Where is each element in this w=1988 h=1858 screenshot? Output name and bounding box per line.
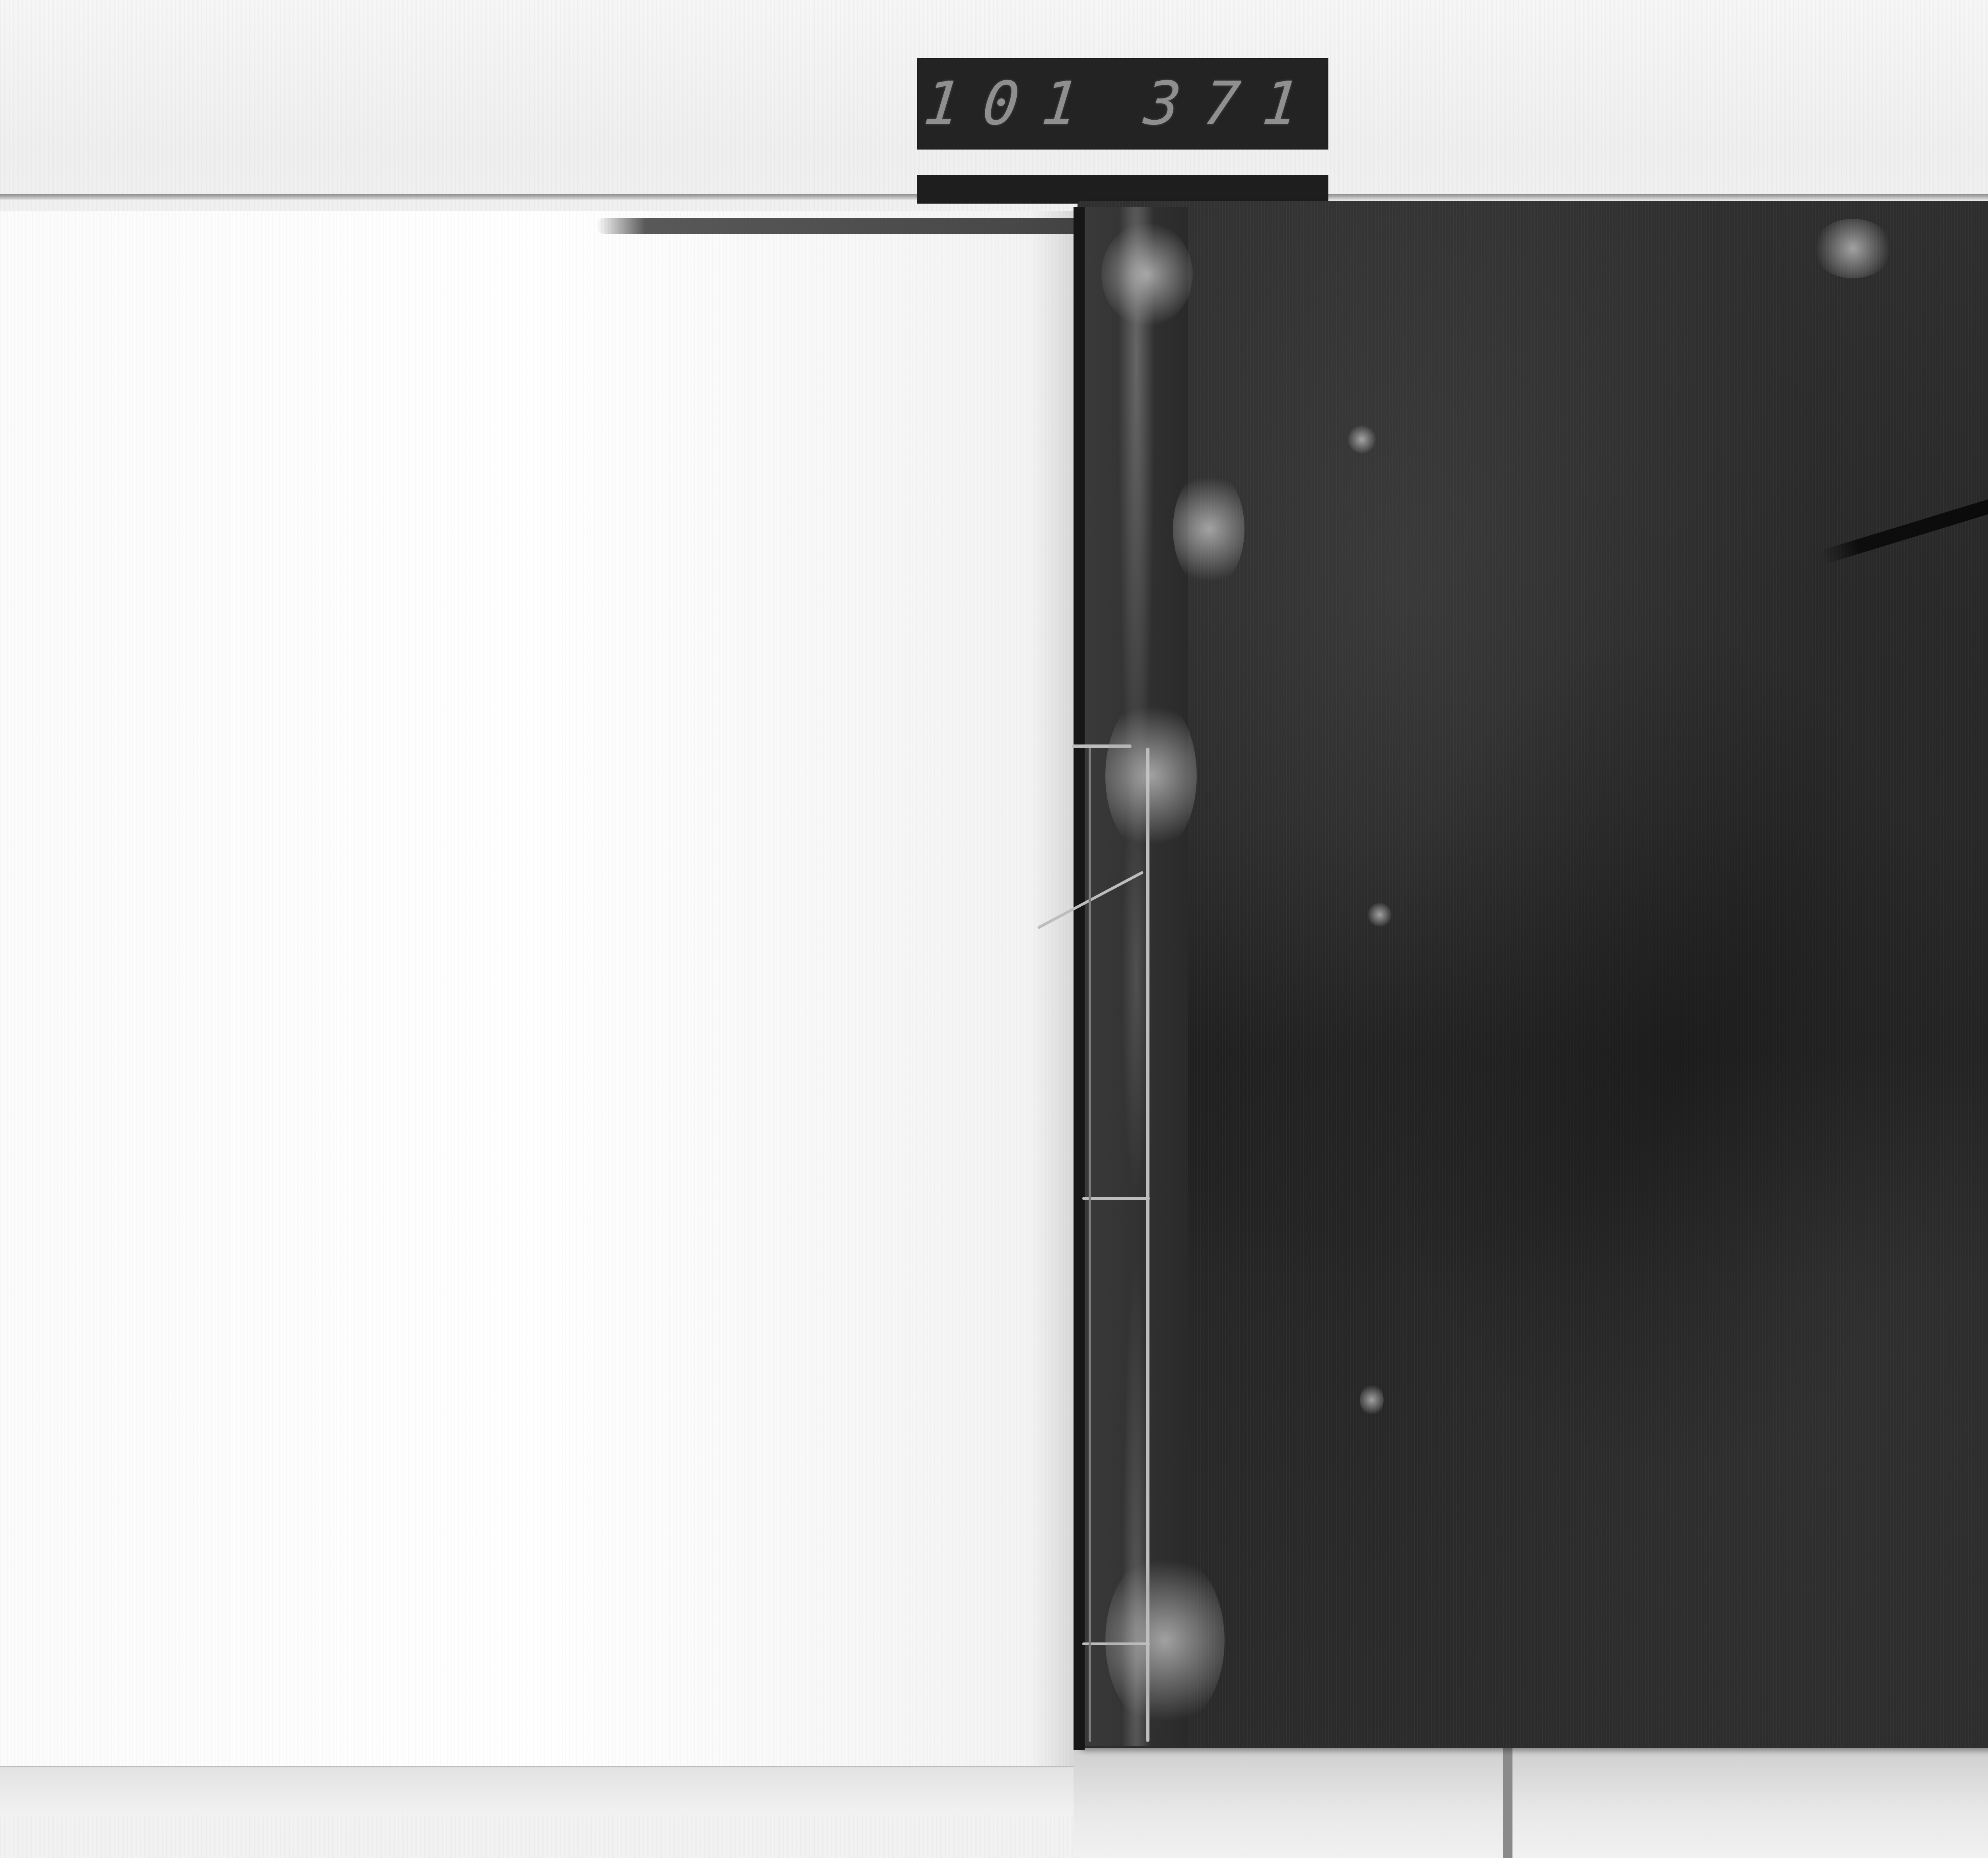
- spine-strip: [1085, 207, 1188, 1746]
- cover-wear-spot: [1173, 469, 1244, 589]
- bookmark-strip: [1503, 1744, 1512, 1858]
- book-cover: [1077, 201, 1988, 1748]
- blank-left-page: [0, 211, 1076, 1774]
- cover-wear-spot: [1105, 696, 1197, 855]
- spine-edge: [1074, 207, 1085, 1750]
- page-bottom-edge: [0, 1766, 1081, 1815]
- cover-wear-spot: [1360, 1384, 1384, 1416]
- cover-wear-spot: [1348, 426, 1376, 453]
- cover-wear-spot: [1368, 903, 1392, 927]
- scan-bottom-band: [1074, 1748, 1988, 1858]
- binding-thread-spine-line: [1089, 748, 1091, 1742]
- cover-wear-spot: [1105, 1551, 1225, 1730]
- binding-thread-horizontal-2: [1082, 1197, 1150, 1200]
- page-top-shadow: [596, 218, 1085, 234]
- frame-counter-right: 371: [1141, 69, 1325, 138]
- cover-wear-spot: [1813, 219, 1893, 278]
- cover-wear-spot: [1101, 223, 1193, 326]
- counter-strip: [917, 175, 1328, 204]
- frame-counter-left: 101: [920, 69, 1104, 138]
- frame-counter-label: 101 371: [917, 58, 1328, 150]
